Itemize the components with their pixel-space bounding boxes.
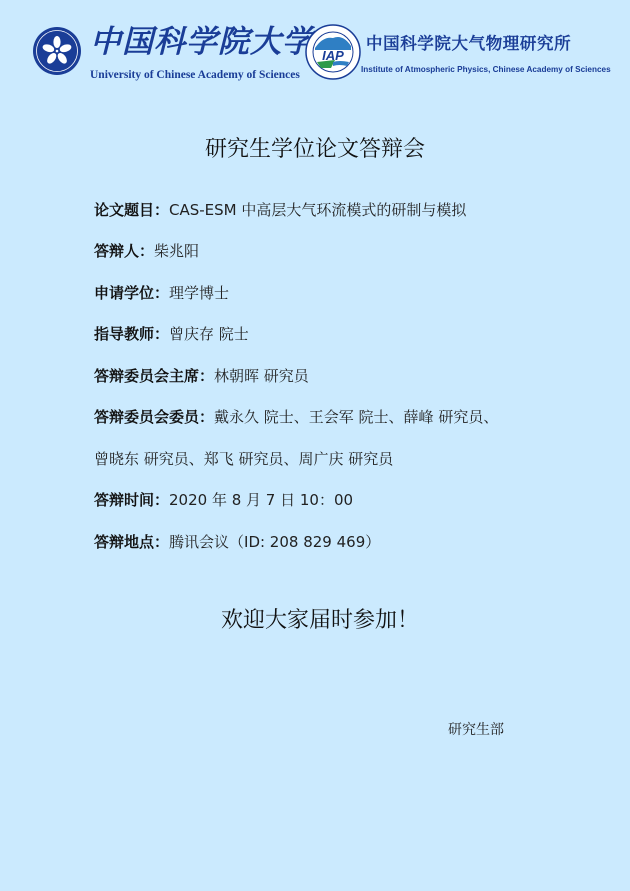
svg-text:IAP: IAP <box>322 48 344 63</box>
defense-time-row: 答辩时间：2020 年 8 月 7 日 10：00 <box>94 489 353 511</box>
field-label: 答辩委员会委员： <box>94 408 214 426</box>
field-label: 指导教师： <box>94 325 169 343</box>
field-value: 2020 年 8 月 7 日 10：00 <box>169 491 353 509</box>
field-label: 答辩时间： <box>94 491 169 509</box>
field-value-continued: 曾晓东 研究员、郑飞 研究员、周广庆 研究员 <box>94 450 393 468</box>
defense-location-row: 答辩地点：腾讯会议（ID: 208 829 469） <box>94 531 380 553</box>
field-label: 答辩人： <box>94 242 154 260</box>
field-value: 理学博士 <box>169 284 229 302</box>
ucas-name-en: University of Chinese Academy of Science… <box>90 68 300 82</box>
advisor-row: 指导教师：曾庆存 院士 <box>94 323 249 345</box>
field-value: 腾讯会议（ID: 208 829 469） <box>169 533 380 551</box>
welcome-message: 欢迎大家届时参加！ <box>221 605 419 637</box>
page-title: 研究生学位论文答辩会 <box>0 134 630 166</box>
field-label: 论文题目： <box>94 201 169 219</box>
field-label: 申请学位： <box>94 284 169 302</box>
field-value: 柴兆阳 <box>154 242 199 260</box>
field-value: 林朝晖 研究员 <box>214 367 309 385</box>
ucas-emblem-icon <box>32 26 82 76</box>
header: 中国科学院大学 University of Chinese Academy of… <box>0 0 630 95</box>
candidate-row: 答辩人：柴兆阳 <box>94 240 199 262</box>
field-value: 曾庆存 院士 <box>169 325 249 343</box>
degree-row: 申请学位：理学博士 <box>94 282 229 304</box>
committee-chair-row: 答辩委员会主席：林朝晖 研究员 <box>94 365 309 387</box>
iap-emblem-icon: IAP <box>305 24 361 80</box>
thesis-title-row: 论文题目：CAS-ESM 中高层大气环流模式的研制与模拟 <box>94 199 466 221</box>
committee-members-row: 答辩委员会委员：戴永久 院士、王会军 院士、薛峰 研究员、 <box>94 406 498 428</box>
field-value: 戴永久 院士、王会军 院士、薛峰 研究员、 <box>214 408 498 426</box>
ucas-name-cn: 中国科学院大学 <box>90 22 314 62</box>
department-signature: 研究生部 <box>448 719 504 741</box>
committee-members-cont-row: 曾晓东 研究员、郑飞 研究员、周广庆 研究员 <box>94 448 393 470</box>
field-value: CAS-ESM 中高层大气环流模式的研制与模拟 <box>169 201 466 219</box>
iap-name-en: Institute of Atmospheric Physics, Chines… <box>361 64 611 76</box>
field-label: 答辩委员会主席： <box>94 367 214 385</box>
iap-name-cn: 中国科学院大气物理研究所 <box>366 32 571 56</box>
field-label: 答辩地点： <box>94 533 169 551</box>
